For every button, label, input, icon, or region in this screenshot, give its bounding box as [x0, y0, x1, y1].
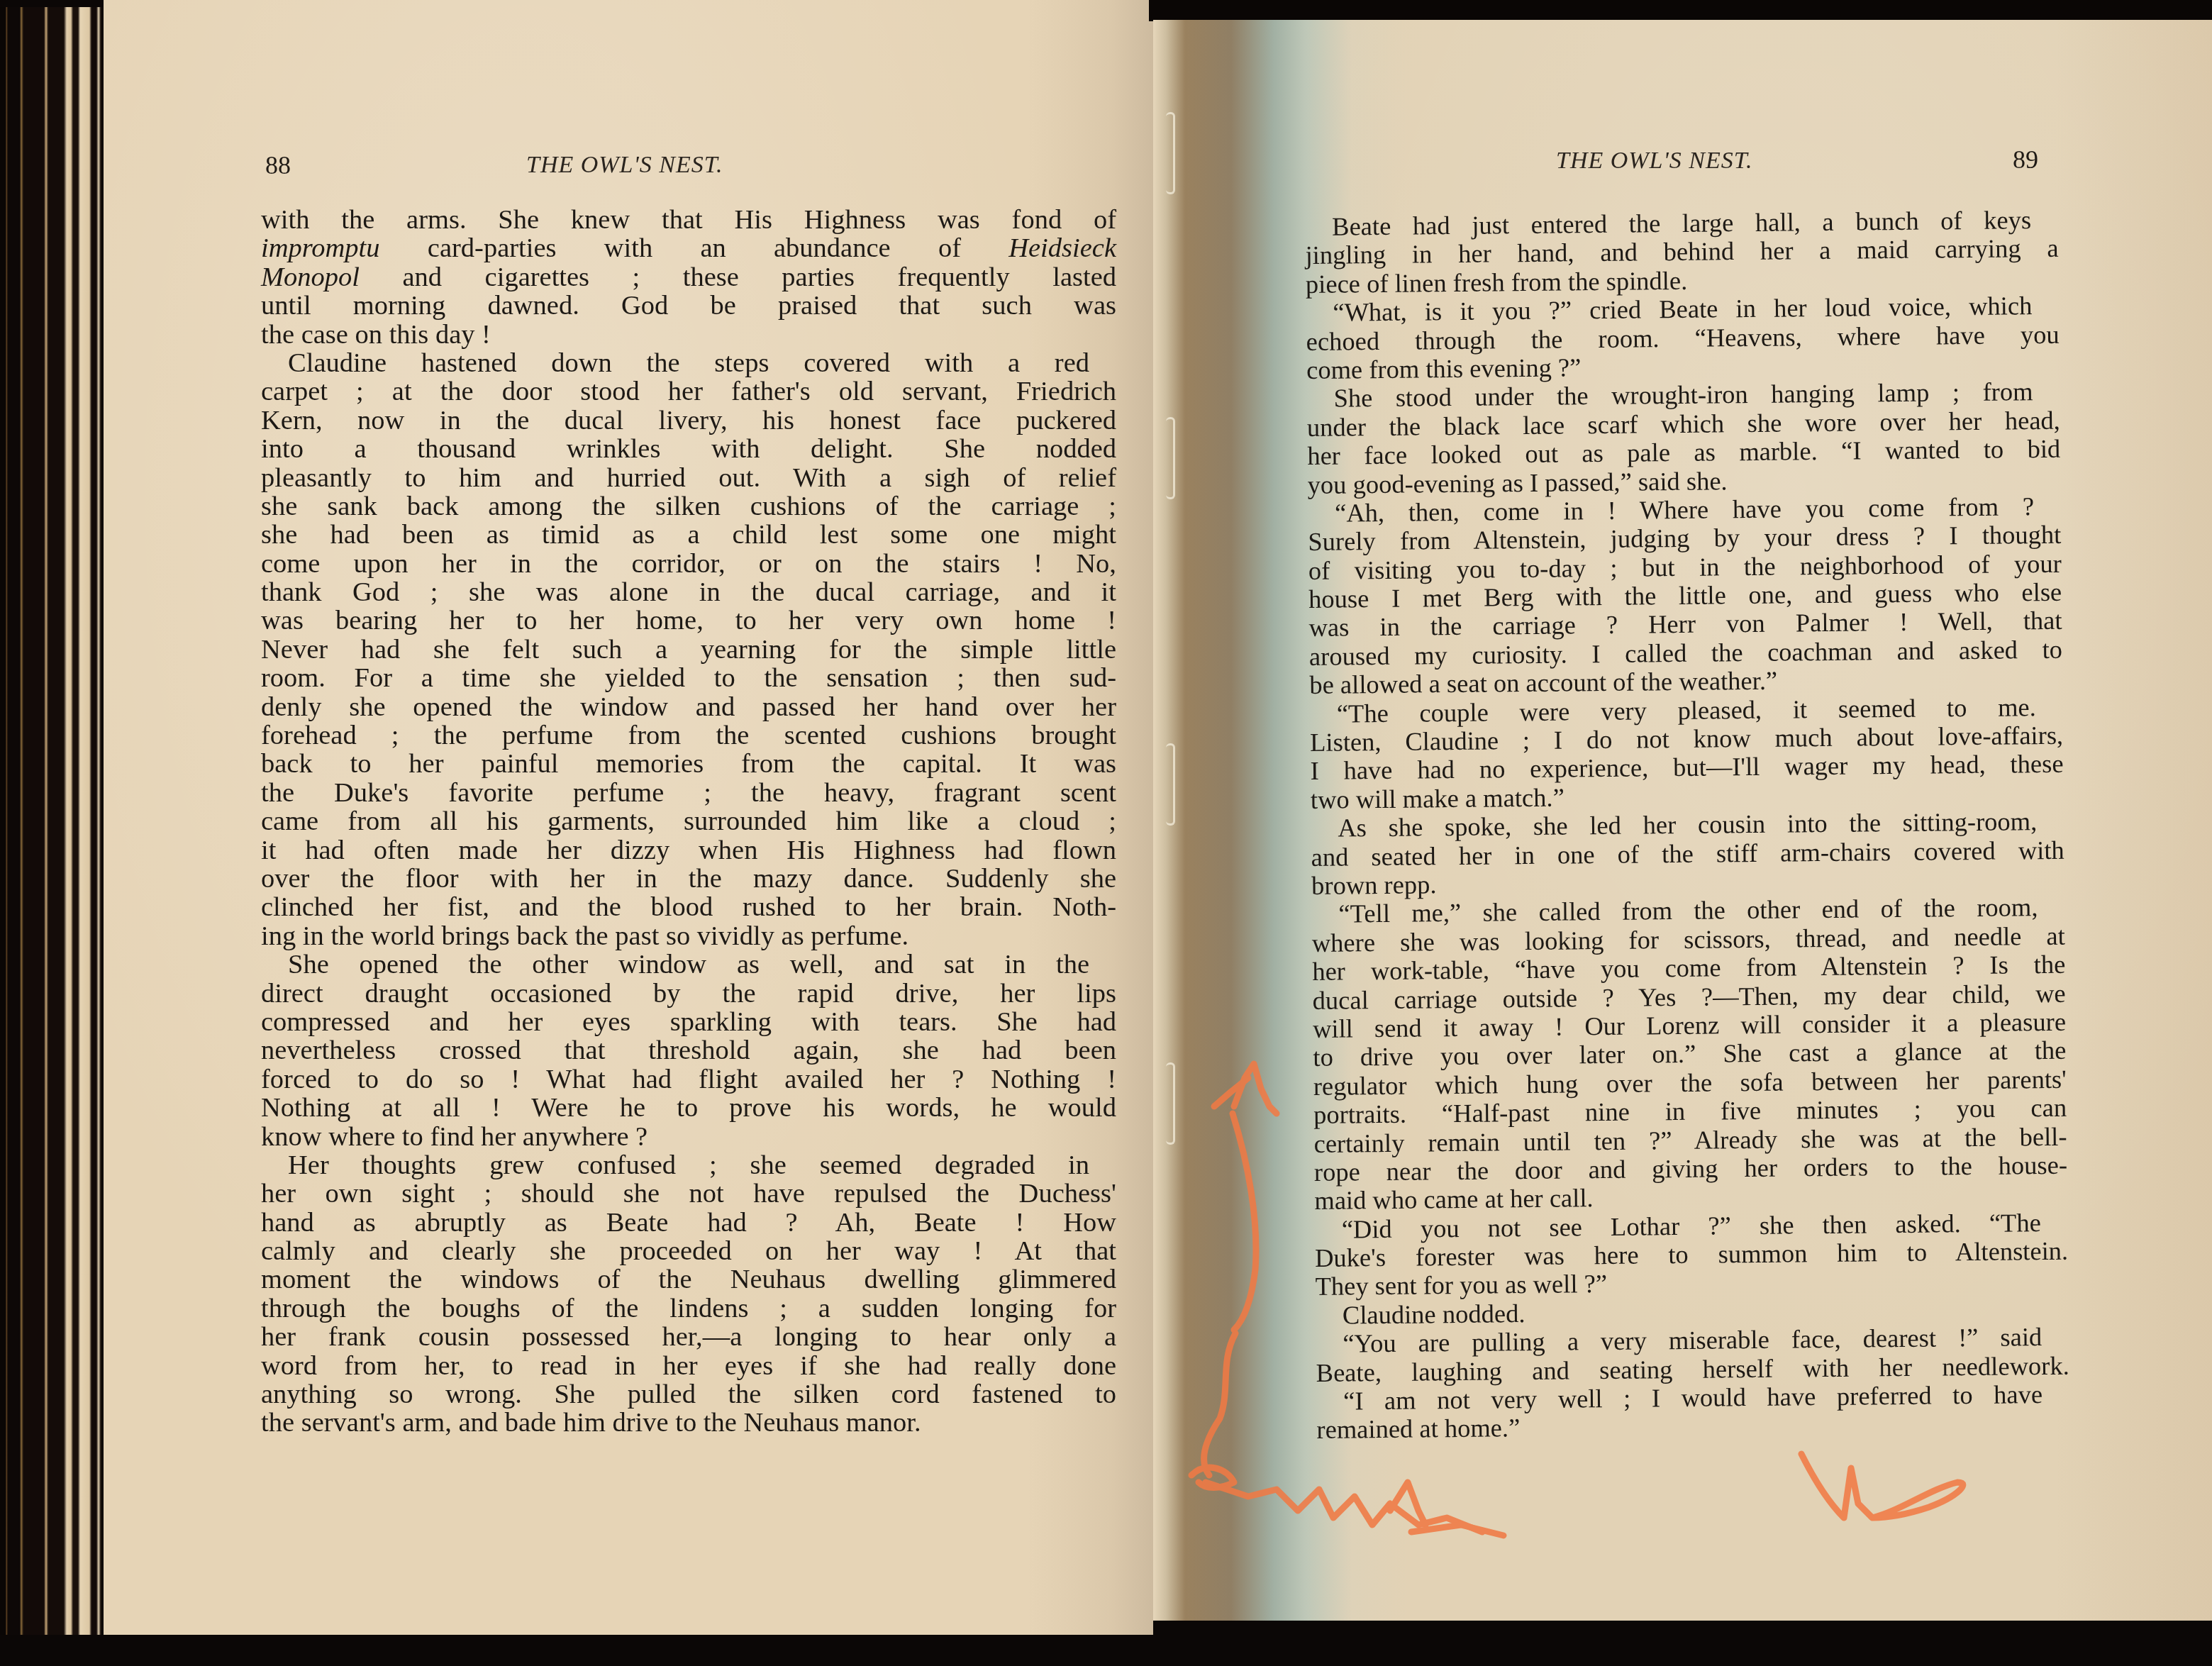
text-line-content: direct draught occasioned by the rapid d…	[261, 979, 1116, 1008]
text-line-content: Monopol and cigarettes ; these parties f…	[261, 263, 1116, 291]
text-line: hand as abruptly as Beate had ? Ah, Beat…	[261, 1209, 1116, 1237]
running-head-left: THE OWL'S NEST.	[526, 152, 723, 179]
text-line-content: compressed and her eyes sparkling with t…	[261, 1008, 1116, 1036]
text-line: denly she opened the window and passed h…	[261, 693, 1116, 721]
text-line-content: forehead ; the perfume from the scented …	[261, 721, 1116, 750]
right-page: THE OWL'S NEST. 89 Beate had just entere…	[1153, 20, 2212, 1621]
text-line: she sank back among the silken cushions …	[261, 492, 1116, 521]
text-line: pleasantly to him and hurried out. With …	[261, 464, 1116, 492]
text-line-content: Never had she felt such a yearning for t…	[261, 635, 1116, 664]
text-line-content: she had been as timid as a child lest so…	[261, 521, 1116, 549]
text-line: carpet ; at the door stood her father's …	[261, 377, 1116, 406]
text-line: it had often made her dizzy when His Hig…	[261, 836, 1116, 865]
text-line: anything so wrong. She pulled the silken…	[261, 1380, 1116, 1409]
text-line-content: clinched her fist, and the blood rushed …	[261, 893, 1116, 921]
text-line-content: impromptu card-parties with an abundance…	[261, 234, 1116, 262]
text-line: the Duke's favorite perfume ; the heavy,…	[261, 779, 1116, 807]
text-line: Nothing at all ! Were he to prove his wo…	[261, 1094, 1116, 1122]
text-line: Monopol and cigarettes ; these parties f…	[261, 263, 1116, 291]
text-line: nevertheless crossed that threshold agai…	[261, 1036, 1116, 1065]
page-number-left: 88	[265, 150, 291, 180]
text-line: calmly and clearly she proceeded on her …	[261, 1237, 1116, 1265]
text-line: came from all his garments, surrounded h…	[261, 807, 1116, 835]
binding-stitch	[1166, 743, 1175, 826]
text-line: know where to find her anywhere ?	[261, 1123, 1116, 1151]
text-line: until morning dawned. God be praised tha…	[261, 291, 1116, 320]
text-line-content: with the arms. She knew that His Highnes…	[261, 206, 1116, 234]
text-line: over the floor with her in the mazy danc…	[261, 865, 1116, 893]
text-line: Kern, now in the ducal livery, his hones…	[261, 406, 1116, 435]
italic-term: impromptu	[261, 233, 380, 263]
text-line-content: over the floor with her in the mazy danc…	[261, 865, 1116, 893]
text-line-content: Kern, now in the ducal livery, his hones…	[261, 406, 1116, 435]
text-line-content: remained at home.”	[1316, 1409, 2069, 1445]
text-line-content: moment the windows of the Neuhaus dwelli…	[261, 1265, 1116, 1294]
text-line: room. For a time she yielded to the sens…	[261, 664, 1116, 692]
text-line-content: come upon her in the corridor, or on the…	[261, 550, 1116, 578]
text-line: She opened the other window as well, and…	[261, 950, 1116, 979]
text-line: forehead ; the perfume from the scented …	[261, 721, 1116, 750]
text-line: with the arms. She knew that His Highnes…	[261, 206, 1116, 234]
text-line: Her thoughts grew confused ; she seemed …	[261, 1151, 1116, 1179]
text-line-content: she sank back among the silken cushions …	[261, 492, 1116, 521]
text-line-content: was bearing her to her home, to her very…	[261, 606, 1116, 635]
text-line-content: it had often made her dizzy when His Hig…	[261, 836, 1116, 865]
text-line: thank God ; she was alone in the ducal c…	[261, 578, 1116, 606]
text-line: Never had she felt such a yearning for t…	[261, 635, 1116, 664]
text-line-content: denly she opened the window and passed h…	[261, 693, 1116, 721]
left-page: 88 THE OWL'S NEST. with the arms. She kn…	[104, 0, 1153, 1635]
text-line: ing in the world brings back the past so…	[261, 922, 1116, 950]
text-line-content: into a thousand wrinkles with delight. S…	[261, 435, 1116, 463]
running-head-right: THE OWL'S NEST.	[1556, 148, 1753, 174]
text-line: she had been as timid as a child lest so…	[261, 521, 1116, 549]
text-line-content: Claudine hastened down the steps covered…	[288, 349, 1089, 377]
text-line-content: thank God ; she was alone in the ducal c…	[261, 578, 1116, 606]
book-spread: 88 THE OWL'S NEST. with the arms. She kn…	[0, 0, 2212, 1666]
text-line-content: hand as abruptly as Beate had ? Ah, Beat…	[261, 1209, 1116, 1237]
top-shadow	[1149, 0, 2212, 21]
text-line-content: until morning dawned. God be praised tha…	[261, 291, 1116, 320]
text-line: the case on this day !	[261, 321, 1116, 349]
text-line-content: Nothing at all ! Were he to prove his wo…	[261, 1094, 1116, 1122]
text-line-content: calmly and clearly she proceeded on her …	[261, 1237, 1116, 1265]
text-line-content: She opened the other window as well, and…	[288, 950, 1089, 979]
text-line-content: through the boughs of the lindens ; a su…	[261, 1294, 1116, 1323]
text-line: her own sight ; should she not have repu…	[261, 1179, 1116, 1208]
text-line-content: the servant's arm, and bade him drive to…	[261, 1409, 1116, 1437]
text-line-content: came from all his garments, surrounded h…	[261, 807, 1116, 835]
text-line: moment the windows of the Neuhaus dwelli…	[261, 1265, 1116, 1294]
text-line: her frank cousin possessed her,—a longin…	[261, 1323, 1116, 1351]
text-line-content: nevertheless crossed that threshold agai…	[261, 1036, 1116, 1065]
binding-stitch	[1166, 417, 1175, 499]
text-line: remained at home.”	[1316, 1409, 2069, 1445]
text-line-content: anything so wrong. She pulled the silken…	[261, 1380, 1116, 1409]
text-line-content: forced to do so ! What had flight availe…	[261, 1065, 1116, 1094]
text-line: was bearing her to her home, to her very…	[261, 606, 1116, 635]
text-line-content: back to her painful memories from the ca…	[261, 750, 1116, 778]
text-line-content: the Duke's favorite perfume ; the heavy,…	[261, 779, 1116, 807]
text-line: the servant's arm, and bade him drive to…	[261, 1409, 1116, 1437]
text-line-content: ing in the world brings back the past so…	[261, 922, 1116, 950]
text-line: word from her, to read in her eyes if sh…	[261, 1352, 1116, 1380]
left-page-body: with the arms. She knew that His Highnes…	[261, 206, 1116, 1438]
text-line-content: her frank cousin possessed her,—a longin…	[261, 1323, 1116, 1351]
binding-stitch	[1166, 1062, 1175, 1145]
text-line: impromptu card-parties with an abundance…	[261, 234, 1116, 262]
text-line: clinched her fist, and the blood rushed …	[261, 893, 1116, 921]
text-line: into a thousand wrinkles with delight. S…	[261, 435, 1116, 463]
text-line: compressed and her eyes sparkling with t…	[261, 1008, 1116, 1036]
text-line-content: room. For a time she yielded to the sens…	[261, 664, 1116, 692]
binding-stitch	[1166, 112, 1175, 194]
text-line-content: Her thoughts grew confused ; she seemed …	[288, 1151, 1089, 1179]
text-line-content: know where to find her anywhere ?	[261, 1123, 1116, 1151]
text-line: back to her painful memories from the ca…	[261, 750, 1116, 778]
text-line: come upon her in the corridor, or on the…	[261, 550, 1116, 578]
page-number-right: 89	[2013, 145, 2038, 174]
text-line-content: her own sight ; should she not have repu…	[261, 1179, 1116, 1208]
italic-term: Heidsieck	[1008, 233, 1116, 263]
text-line: forced to do so ! What had flight availe…	[261, 1065, 1116, 1094]
text-line-content: pleasantly to him and hurried out. With …	[261, 464, 1116, 492]
page-edge-stack	[0, 7, 106, 1635]
text-line: Claudine hastened down the steps covered…	[261, 349, 1116, 377]
text-line: direct draught occasioned by the rapid d…	[261, 979, 1116, 1008]
text-line-content: the case on this day !	[261, 321, 1116, 349]
text-line-content: carpet ; at the door stood her father's …	[261, 377, 1116, 406]
right-page-body: Beate had just entered the large hall, a…	[1305, 206, 2070, 1445]
text-line-content: word from her, to read in her eyes if sh…	[261, 1352, 1116, 1380]
italic-term: Monopol	[261, 262, 360, 292]
text-line: through the boughs of the lindens ; a su…	[261, 1294, 1116, 1323]
